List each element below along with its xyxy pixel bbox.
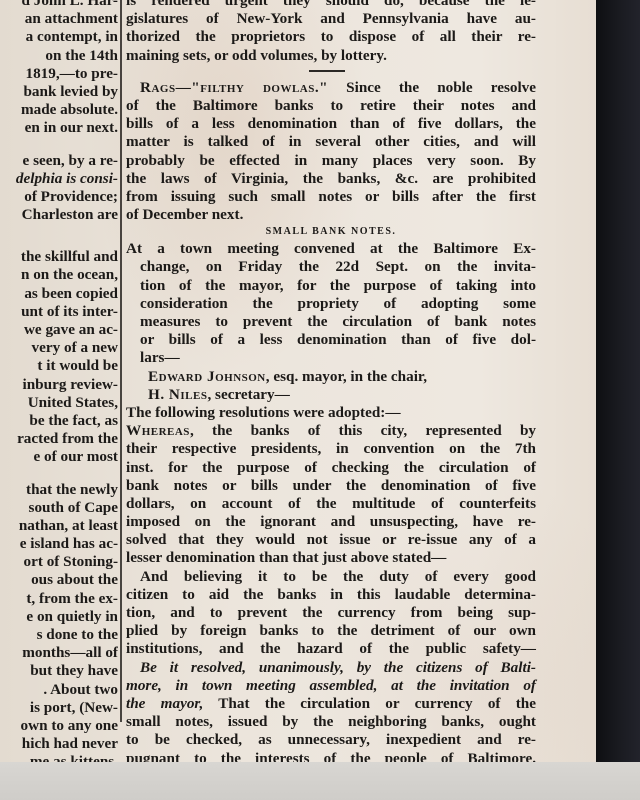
text-line: of the Baltimore banks to retire their n…: [126, 97, 536, 115]
text-line: And believing it to be the duty of every…: [126, 568, 536, 586]
text-line: solved that they would not issue or re-i…: [126, 531, 536, 549]
text-line: measures to prevent the circulation of b…: [126, 313, 536, 331]
text-fragment: the mayor,: [126, 695, 203, 712]
text-line: n on the ocean,: [0, 266, 118, 284]
text-line: to be checked, as unnecessary, inexpedie…: [126, 731, 536, 749]
text-line: delphia is consi-: [0, 170, 118, 188]
text-line: the skillful and: [0, 248, 118, 266]
text-line: of December next.: [126, 206, 536, 224]
text-line: or bills of a less denomination than of …: [126, 331, 536, 349]
text-line: t it would be: [0, 357, 118, 375]
text-line: tion, and to prevent the currency from b…: [126, 604, 536, 622]
text-line: lesser denomination than that just above…: [126, 549, 536, 567]
text-line: The following resolutions were adopted:—: [126, 404, 536, 422]
text-line: the laws of Virginia, the banks, &c. are…: [126, 170, 536, 188]
text-fragment: That the circulation or currency of the: [203, 695, 536, 712]
text-line: e seen, by a re-: [0, 152, 118, 170]
text-line: consideration the propriety of adopting …: [126, 295, 536, 313]
text-line: United States,: [0, 394, 118, 412]
text-line: but they have: [0, 662, 118, 680]
text-line: . About two: [0, 681, 118, 699]
text-line: racted from the: [0, 430, 118, 448]
secretary-line: H. Niles, secretary—: [126, 386, 536, 404]
text-line: lars—: [126, 349, 536, 367]
text-line: unt of its inter-: [0, 303, 118, 321]
text-line: dollars, on account of the multitude of …: [126, 495, 536, 513]
paragraph-gap: [0, 138, 118, 152]
text-fragment: Since the noble resolve: [328, 79, 536, 96]
text-line: of Providence;: [0, 188, 118, 206]
text-line: we gave an ac-: [0, 321, 118, 339]
text-line: s done to the: [0, 626, 118, 644]
resolution-italic-line: more, in town meeting assembled, at the …: [126, 677, 536, 695]
rags-title: Rags—"filthy dowlas.": [140, 79, 328, 96]
text-line: hich had never: [0, 735, 118, 753]
text-line: nathan, at least: [0, 517, 118, 535]
main-column: is rendered urgent they should do, becau…: [126, 0, 536, 786]
text-fragment: , secretary—: [207, 386, 289, 403]
background-dark-edge: [596, 0, 640, 762]
text-line: is port, (New-: [0, 699, 118, 717]
text-line: inst. for the purpose of checking the ci…: [126, 459, 536, 477]
text-line: plied by foreign banks to the detriment …: [126, 622, 536, 640]
mayor-name: Edward Johnson: [148, 368, 266, 385]
text-line: tion of the mayor, for the purpose of ta…: [126, 277, 536, 295]
photo-stage: d John L. Har- an attachment a contempt,…: [0, 0, 640, 800]
text-line: is rendered urgent they should do, becau…: [126, 0, 536, 10]
text-line: citizen to aid the banks in this laudabl…: [126, 586, 536, 604]
text-line: probably be effected in many places very…: [126, 152, 536, 170]
text-line: matter is talked of in several other cit…: [126, 133, 536, 151]
rags-paragraph-lead: Rags—"filthy dowlas." Since the noble re…: [126, 79, 536, 97]
text-fragment: , the banks of this city, represented by: [190, 422, 536, 439]
text-line: t, from the ex-: [0, 590, 118, 608]
text-line: e island has ac-: [0, 535, 118, 553]
text-line: very of a new: [0, 339, 118, 357]
resolution-italic-line: Be it resolved, unanimously, by the citi…: [126, 659, 536, 677]
text-line: inburg review-: [0, 376, 118, 394]
text-line: made absolute.: [0, 101, 118, 119]
text-line: maining sets, or odd volumes, by lottery…: [126, 47, 536, 65]
whereas-lead-line: Whereas, the banks of this city, represe…: [126, 422, 536, 440]
text-line: an attachment: [0, 10, 118, 28]
text-line: from issuing such small notes or bills a…: [126, 188, 536, 206]
newspaper-page: d John L. Har- an attachment a contempt,…: [0, 0, 596, 762]
section-divider: [126, 65, 536, 79]
text-line: months—all of: [0, 644, 118, 662]
text-line: imposed on the ignorant and unsuspecting…: [126, 513, 536, 531]
text-fragment: , esq. mayor, in the chair,: [266, 368, 427, 385]
text-line: that the newly: [0, 481, 118, 499]
paragraph-gap: [0, 467, 118, 481]
underlying-paper: [0, 762, 640, 800]
text-line: bank levied by: [0, 83, 118, 101]
text-line: e on quietly in: [0, 608, 118, 626]
text-line: institutions, and the hazard of the publ…: [126, 640, 536, 658]
text-line: 1819,—to pre-: [0, 65, 118, 83]
text-line: south of Cape: [0, 499, 118, 517]
text-line: as been copied: [0, 285, 118, 303]
text-line: their respective presidents, in conventi…: [126, 440, 536, 458]
text-line: d John L. Har-: [0, 0, 118, 10]
text-line: ort of Stoning-: [0, 553, 118, 571]
text-line: At a town meeting convened at the Baltim…: [126, 240, 536, 258]
text-line: bills of a less denomination than of fiv…: [126, 115, 536, 133]
chair-line: Edward Johnson, esq. mayor, in the chair…: [126, 368, 536, 386]
paragraph-gap: [0, 224, 118, 248]
text-line: bank notes or bills under the denominati…: [126, 477, 536, 495]
left-column-fragment: d John L. Har- an attachment a contempt,…: [0, 0, 118, 772]
whereas-title: Whereas: [126, 422, 190, 439]
text-line: small notes, issued by the neighboring b…: [126, 713, 536, 731]
text-line: thorized the proprietors to dispose of a…: [126, 28, 536, 46]
text-line: gislatures of New-York and Pennsylvania …: [126, 10, 536, 28]
text-line: en in our next.: [0, 119, 118, 137]
secretary-name: H. Niles: [148, 386, 207, 403]
text-line: e of our most: [0, 448, 118, 466]
text-line: Charleston are: [0, 206, 118, 224]
text-line: change, on Friday the 22d Sept. on the i…: [126, 258, 536, 276]
text-line: a contempt, in: [0, 28, 118, 46]
section-heading: SMALL BANK NOTES.: [126, 224, 536, 240]
column-rule: [120, 0, 122, 722]
text-line: on the 14th: [0, 47, 118, 65]
text-line: own to any one: [0, 717, 118, 735]
text-line: be the fact, as: [0, 412, 118, 430]
resolution-line: the mayor, That the circulation or curre…: [126, 695, 536, 713]
text-line: ous about the: [0, 571, 118, 589]
